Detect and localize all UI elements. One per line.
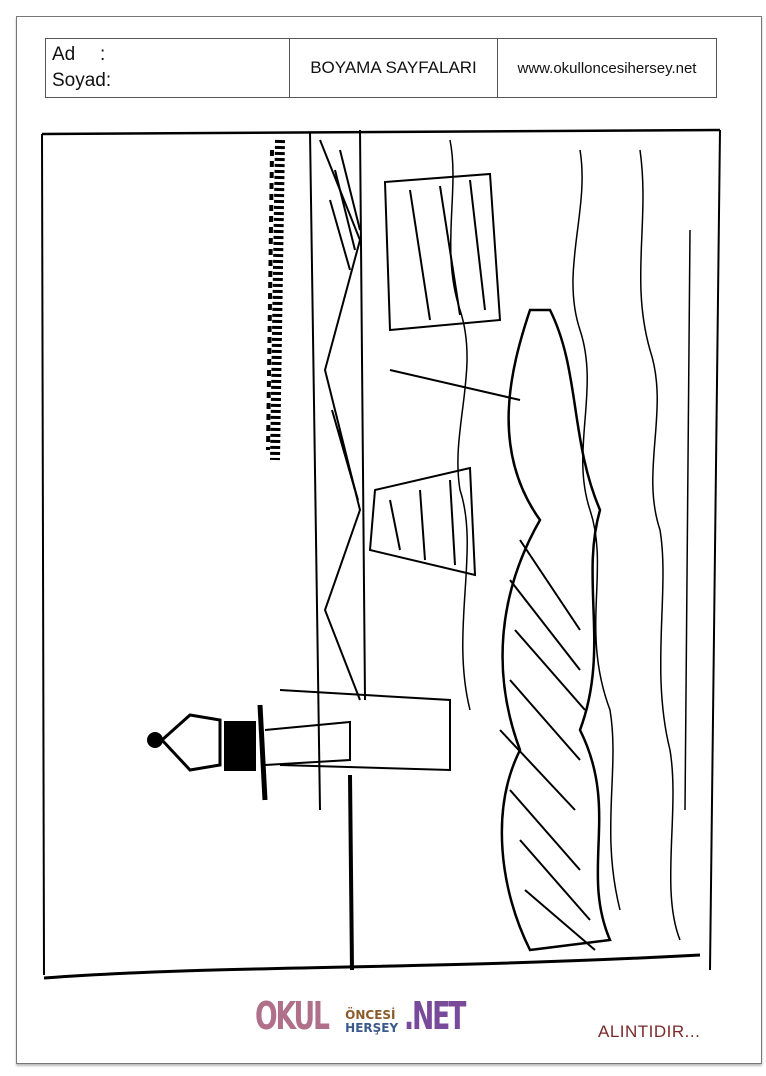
logo-okul: OKUL — [255, 997, 328, 1035]
surname-label: Soyad: — [52, 68, 283, 94]
site-logo: OKUL ÖNCESİ HERŞEY .NET — [255, 995, 490, 1035]
logo-hersey: HERŞEY — [345, 1022, 398, 1035]
page-title: BOYAMA SAYFALARI — [290, 39, 498, 97]
logo-middle: ÖNCESİ HERŞEY — [345, 1009, 398, 1035]
logo-word-okul: OKUL — [255, 994, 328, 1038]
name-label: Ad — [52, 42, 100, 68]
name-cell: Ad: Soyad: — [46, 39, 290, 97]
logo-word-net: .NET — [404, 994, 464, 1038]
name-colon: : — [100, 42, 105, 68]
lighthouse-drawing — [20, 110, 730, 990]
website-link[interactable]: www.okulloncesihersey.net — [498, 39, 716, 97]
logo-net: .NET — [404, 997, 464, 1035]
header-table: Ad: Soyad: BOYAMA SAYFALARI www.okullonc… — [45, 38, 717, 98]
credit-text: ALINTIDIR... — [598, 1022, 700, 1042]
